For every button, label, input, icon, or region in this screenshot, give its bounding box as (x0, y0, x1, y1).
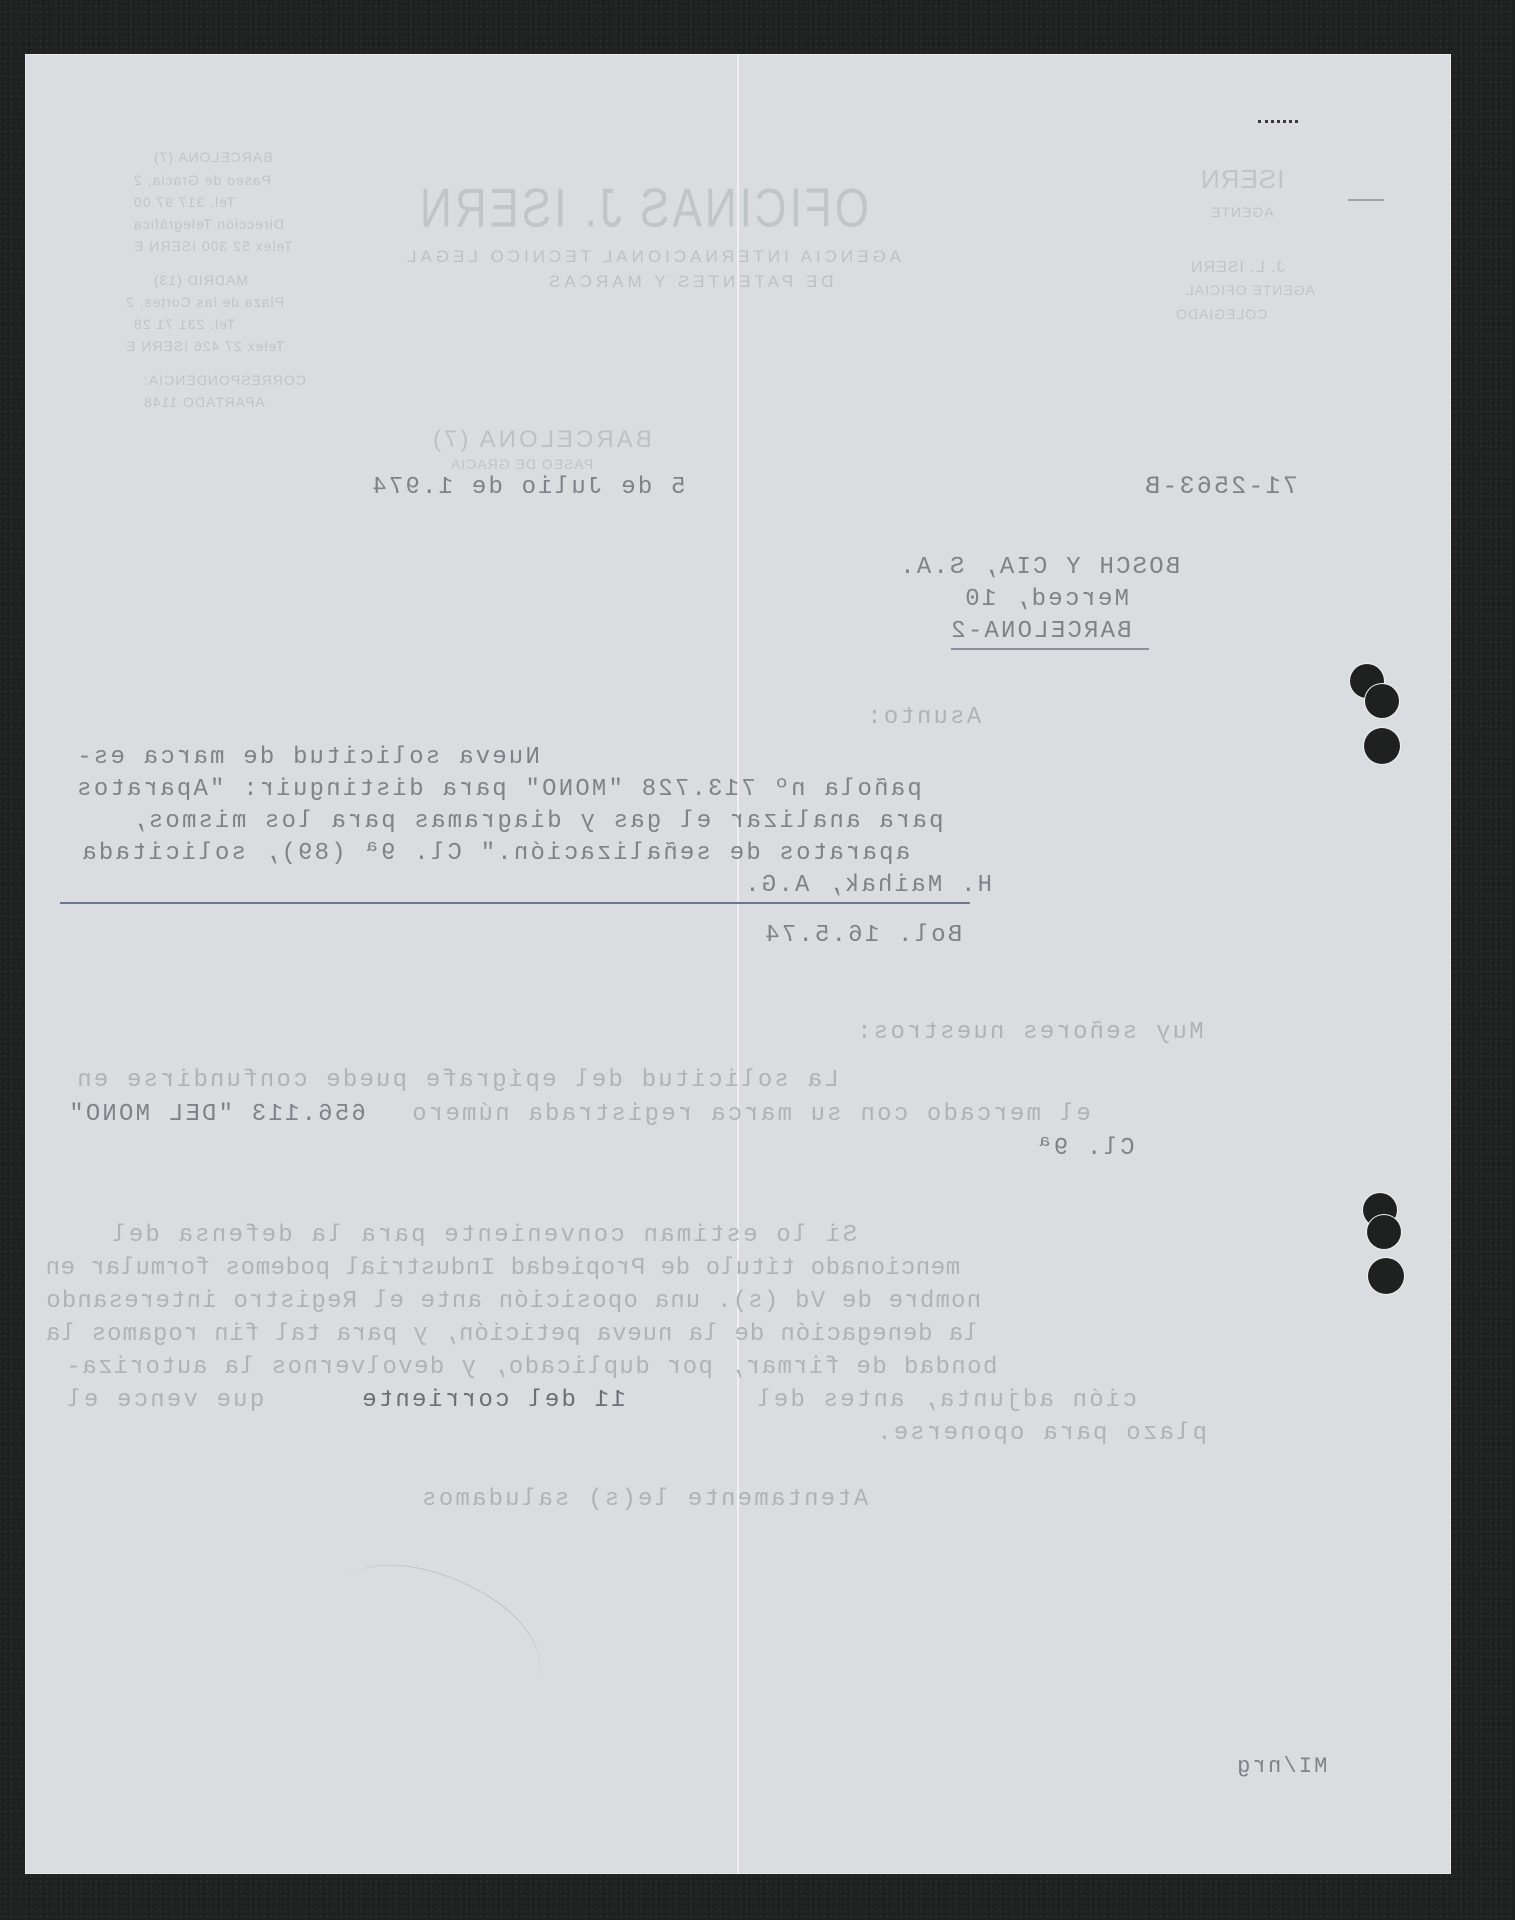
letterhead-subtitle-1: AGENCIA INTERNACIONAL TECNICO LEGAL (403, 247, 901, 267)
punch-hole (1367, 1215, 1401, 1249)
letterhead-left-line: Tel. 317 97 00 (133, 194, 235, 210)
registered-mark-number: 656.113 "DEL MONO" (67, 1101, 366, 1128)
letterhead-left-line: Paseo de Gracia, 2 (133, 172, 271, 188)
letterhead-left-line: MADRID (13) (153, 272, 248, 288)
body-2-trailing: que vence el (65, 1387, 264, 1414)
body-2-line: nombre de Vd (s). una oposición ante el … (45, 1288, 981, 1315)
letterhead-left-line: Telex 52 300 ISERN E (133, 238, 292, 254)
letterhead-right-line: J. L. ISERN (1190, 259, 1285, 277)
subject-line: Nueva solicitud de marca es- (75, 744, 540, 771)
body-2-line: la denegación de la nueva petición, y pa… (45, 1321, 978, 1348)
letterhead-left-line: APARTADO 1148 (143, 394, 265, 410)
opposition-deadline: 11 del corriente (360, 1387, 626, 1414)
letterhead-title: OFICINAS J. ISERN (417, 178, 869, 241)
letterhead-right-line: AGENTE OFICIAL (1185, 282, 1315, 298)
subject-underline (60, 902, 970, 904)
staple-mark (1348, 199, 1384, 205)
signature-mark (309, 1527, 560, 1742)
subject-line: aparatos de señalización." Cl. 9ª (89), … (80, 840, 910, 867)
body-1-line: La solicitud del epígrafe puede confundi… (75, 1067, 839, 1094)
center-fold (737, 54, 739, 1874)
recipient-name: BOSCH Y CIA, S.A. (898, 554, 1180, 581)
punch-hole (1364, 728, 1400, 764)
subject-label: Asunto: (865, 704, 981, 731)
letterhead-left-line: Dirección Telegráfica (133, 216, 284, 232)
letterhead-left-line: BARCELONA (7) (153, 149, 273, 165)
subject-line: H. Maihak, A.G. (743, 872, 992, 899)
body-1-line: el mercado con su marca registrada númer… (410, 1101, 1091, 1128)
letterhead-left-line: Telex 27 426 ISERN E (125, 338, 284, 354)
letter-page: OFICINAS J. ISERN AGENCIA INTERNACIONAL … (25, 54, 1451, 1874)
salutation: Muy señores nuestros: (855, 1019, 1204, 1046)
body-1-class: Cl. 9ª (1035, 1135, 1135, 1162)
reference-number: 71-2563-B (1143, 472, 1298, 501)
body-2-line: Si lo estiman conveniente para la defens… (110, 1222, 857, 1249)
letterhead-right-line: COLEGIADO (1175, 306, 1267, 322)
body-2-line: ción adjunta, antes del (755, 1387, 1137, 1414)
typist-initials: MI/nrg (1235, 1754, 1327, 1779)
letterhead-left-line: Plaza de las Cortes, 2 (125, 294, 284, 310)
letterhead-left-line: CORRESPONDENCIA: (143, 372, 306, 388)
letter-date: 5 de Julio de 1.974 (370, 474, 685, 501)
body-2-line: mencionado título de Propiedad Industria… (45, 1255, 960, 1282)
letterhead-right-line: ISERN (1200, 164, 1284, 195)
subject-line: pañola nº 713.728 "MONO" para distinguir… (75, 776, 922, 803)
punch-hole (1368, 1258, 1404, 1294)
punch-hole (1365, 684, 1399, 718)
letterhead-subtitle-2: DE PATENTES Y MARCAS (545, 272, 833, 292)
subject-line: para analizar el gas y diagramas para lo… (130, 808, 944, 835)
body-2-line: bondad de firmar, por duplicado, y devol… (65, 1354, 997, 1381)
closing: Atentamente le(s) saludamos (420, 1486, 868, 1513)
body-2-line: plazo para oponerse. (875, 1420, 1207, 1447)
recipient-city: BARCELONA-2 (949, 618, 1132, 645)
letterhead-city: BARCELONA (7) (430, 426, 652, 454)
staple-mark (1258, 120, 1298, 131)
bulletin-reference: Bol. 16.5.74 (763, 922, 962, 949)
recipient-street: Merced, 10 (963, 586, 1129, 613)
letterhead-right-line: AGENTE (1210, 204, 1274, 220)
letterhead-city-sub: PASEO DE GRACIA (450, 456, 593, 472)
letterhead-left-line: Tel. 231 71 28 (133, 316, 235, 332)
recipient-city-underline (951, 648, 1149, 650)
